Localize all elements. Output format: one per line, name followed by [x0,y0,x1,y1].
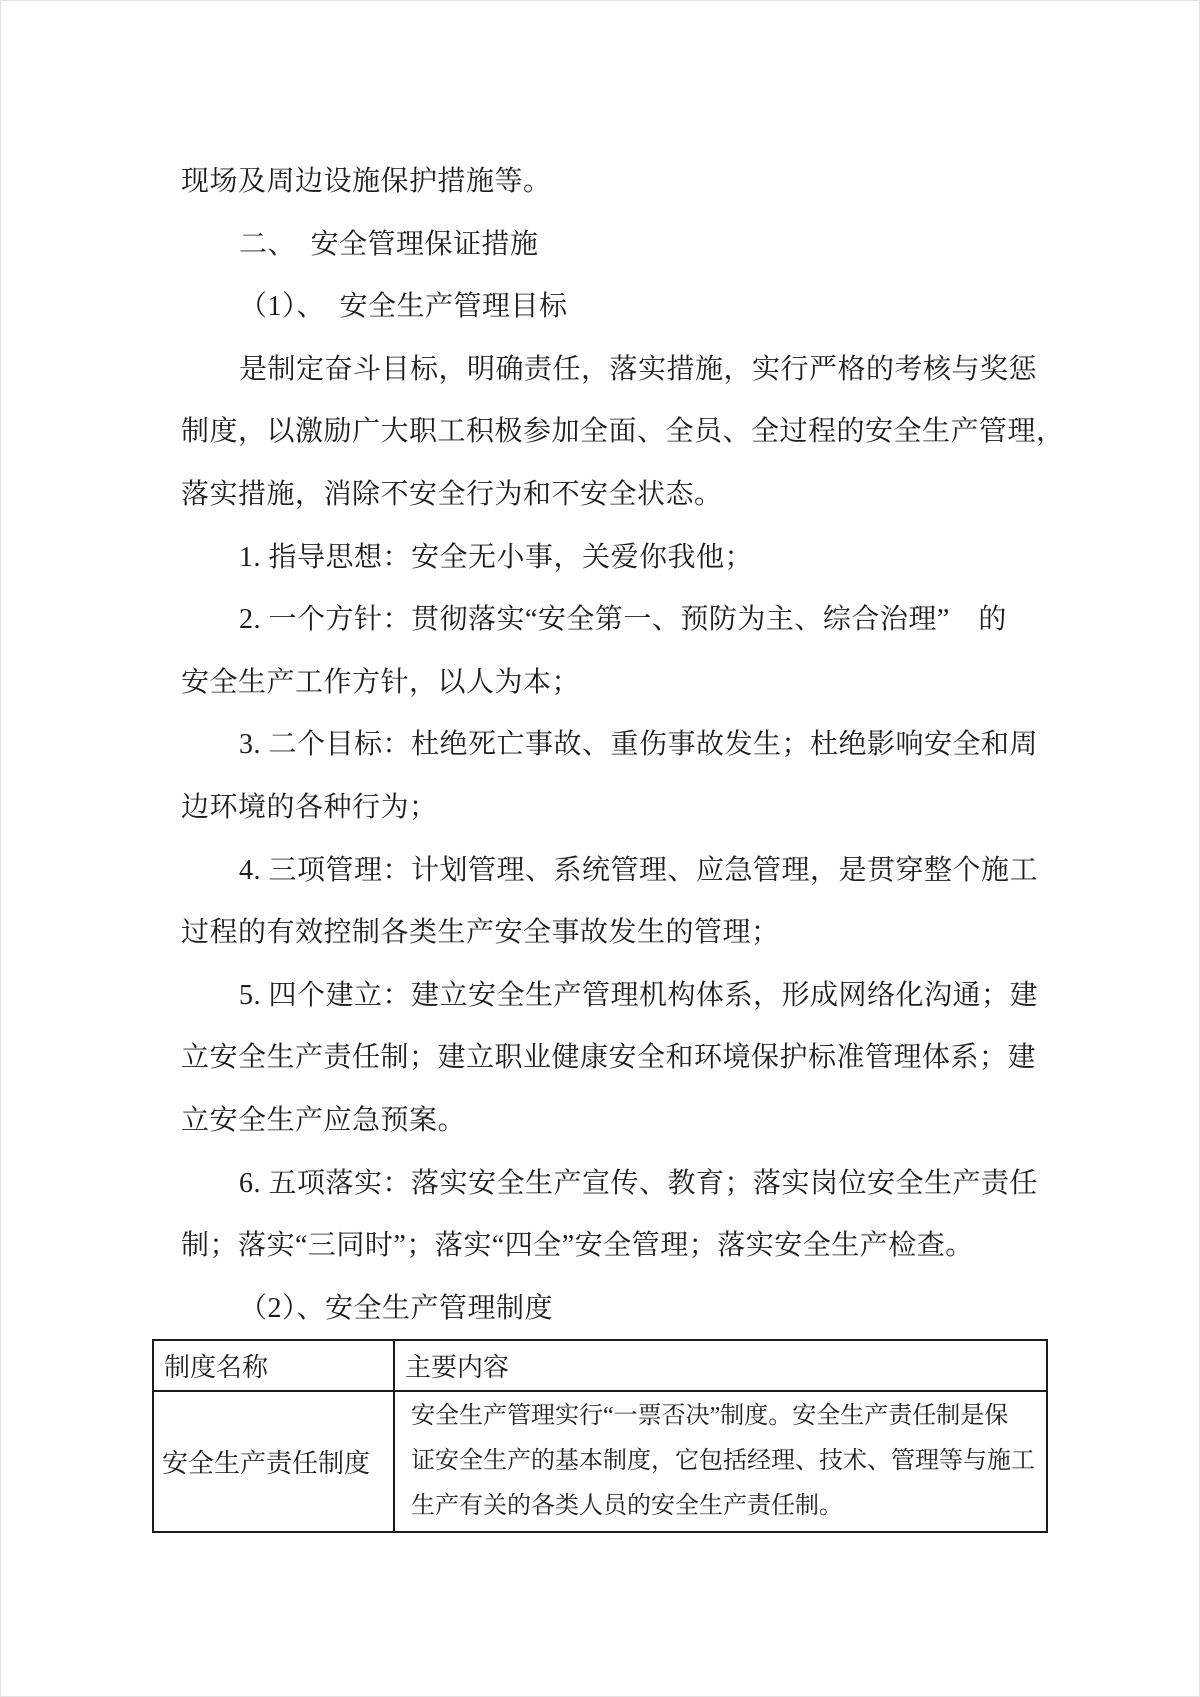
list-item-2: 2. 一个方针：贯彻落实“安全第一、预防为主、综合治理” 的 [181,589,1026,652]
subsection-heading-2: （2）、安全生产管理制度 [181,1278,1026,1341]
section-heading: 二、 安全管理保证措施 [181,214,1026,277]
header-main-content: 主要内容 [394,1340,1047,1391]
cell-system-name: 安全生产责任制度 [153,1391,394,1532]
safety-system-table: 制度名称 主要内容 安全生产责任制度 安全生产管理实行“一票否决”制度。安全生产… [152,1339,1048,1533]
cell-text-line: 证安全生产的基本制度，它包括经理、技术、管理等与施工 [411,1439,1036,1484]
document-page: 现场及周边设施保护措施等。 二、 安全管理保证措施 （1）、 安全生产管理目标 … [0,0,1200,1697]
cell-main-content: 安全生产管理实行“一票否决”制度。安全生产责任制是保 证安全生产的基本制度，它包… [394,1391,1047,1532]
text-line: 立安全生产责任制；建立职业健康安全和环境保护标准管理体系；建 [181,1027,1026,1090]
text-line: 是制定奋斗目标，明确责任，落实措施，实行严格的考核与奖惩 [181,339,1026,402]
cell-text-line: 生产有关的各类人员的安全生产责任制。 [411,1484,1036,1529]
text-line: 安全生产工作方针，以人为本； [181,652,1026,715]
list-item-6: 6. 五项落实：落实安全生产宣传、教育；落实岗位安全生产责任 [181,1153,1026,1216]
cell-text-line: 安全生产管理实行“一票否决”制度。安全生产责任制是保 [411,1394,1036,1439]
text-line: 落实措施，消除不安全行为和不安全状态。 [181,464,1026,527]
header-system-name: 制度名称 [153,1340,394,1391]
text-line: 边环境的各种行为； [181,777,1026,840]
text-line: 制度，以激励广大职工积极参加全面、全员、全过程的安全生产管理， [181,401,1026,464]
text-line: 制；落实“三同时”；落实“四全”安全管理；落实安全生产检查。 [181,1215,1026,1278]
text-line: 立安全生产应急预案。 [181,1090,1026,1153]
text-line: 过程的有效控制各类生产安全事故发生的管理； [181,902,1026,965]
list-item-3: 3. 二个目标：杜绝死亡事故、重伤事故发生；杜绝影响安全和周 [181,714,1026,777]
table-header-row: 制度名称 主要内容 [153,1340,1047,1391]
table-row: 安全生产责任制度 安全生产管理实行“一票否决”制度。安全生产责任制是保 证安全生… [153,1391,1047,1532]
list-item-4: 4. 三项管理：计划管理、系统管理、应急管理，是贯穿整个施工 [181,840,1026,903]
body-text: 现场及周边设施保护措施等。 二、 安全管理保证措施 （1）、 安全生产管理目标 … [181,151,1026,1340]
subsection-heading: （1）、 安全生产管理目标 [181,276,1026,339]
list-item-1: 1. 指导思想：安全无小事，关爱你我他； [181,527,1026,590]
text-line: 现场及周边设施保护措施等。 [181,151,1026,214]
list-item-5: 5. 四个建立：建立安全生产管理机构体系，形成网络化沟通；建 [181,965,1026,1028]
